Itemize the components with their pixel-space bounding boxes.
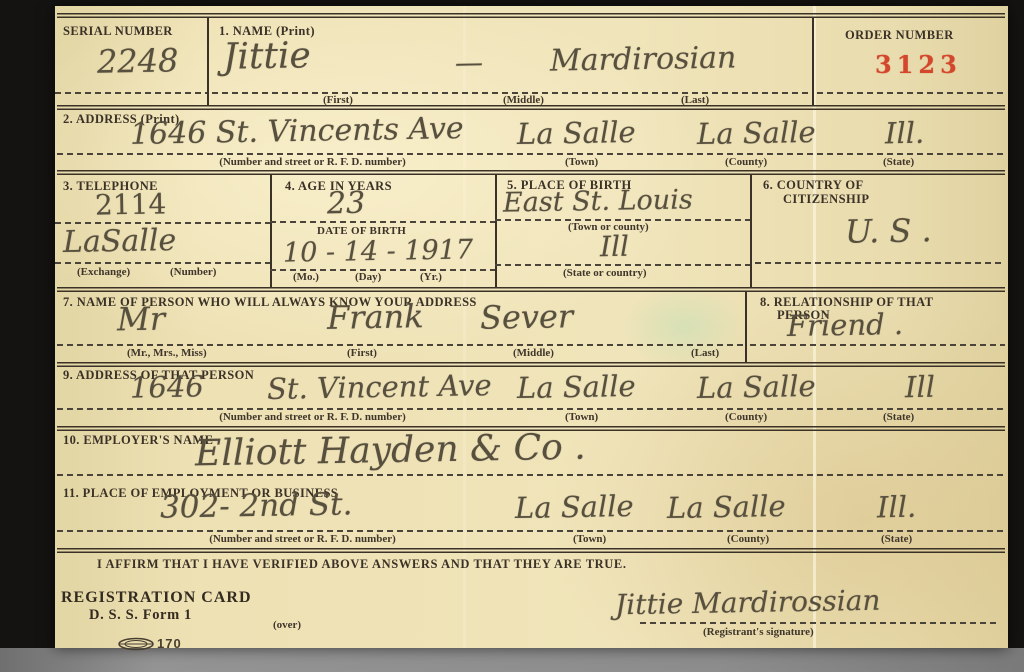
registrant-signature-value: Jittie Mardirossian bbox=[615, 584, 881, 622]
telephone-exchange-value: LaSalle bbox=[63, 223, 177, 260]
telephone-number-value: 2114 bbox=[95, 187, 167, 221]
county-hint: (County) bbox=[725, 156, 767, 168]
union-bug-icon bbox=[117, 637, 155, 651]
union-bug: 170 bbox=[117, 636, 182, 651]
section-divider bbox=[57, 362, 1005, 367]
contact-middle-value: Sever bbox=[480, 297, 574, 337]
citizenship-value: U. S . bbox=[845, 211, 932, 251]
name-last-value: Mardirosian bbox=[550, 40, 737, 78]
contact-last-hint: (Last) bbox=[691, 347, 719, 359]
dashed-writing-line bbox=[57, 344, 743, 346]
section-divider bbox=[57, 13, 1005, 18]
card-title: REGISTRATION CARD bbox=[61, 589, 252, 607]
citizenship-label-line1: 6. COUNTRY OF bbox=[763, 178, 863, 193]
day-hint: (Day) bbox=[355, 271, 381, 283]
dashed-writing-line bbox=[57, 474, 1004, 476]
name-middle-value: — bbox=[455, 46, 484, 79]
dashed-signature-line bbox=[640, 622, 1000, 624]
birth-town-value: East St. Louis bbox=[503, 184, 693, 218]
form-number: D. S. S. Form 1 bbox=[89, 607, 192, 624]
address-state-value: Ill. bbox=[885, 116, 925, 151]
state-hint: (State) bbox=[881, 533, 912, 545]
citizenship-label-line2: CITIZENSHIP bbox=[783, 192, 869, 207]
county-hint: (County) bbox=[725, 411, 767, 423]
street-hint: (Number and street or R. F. D. number) bbox=[185, 156, 440, 168]
contact-title-value: Mr bbox=[117, 300, 166, 339]
dob-value: 10 - 14 - 1917 bbox=[283, 234, 474, 268]
employment-street-value: 302- 2nd St. bbox=[160, 486, 353, 525]
dashed-writing-line bbox=[750, 344, 1005, 346]
town-hint: (Town) bbox=[573, 533, 606, 545]
county-hint: (County) bbox=[727, 533, 769, 545]
scanned-draft-card-page: SERIAL NUMBER 2248 1. NAME (Print) Jitti… bbox=[0, 0, 1024, 672]
dashed-writing-line bbox=[755, 262, 1005, 264]
state-hint: (State) bbox=[883, 156, 914, 168]
dashed-writing-line bbox=[55, 262, 270, 264]
contact-address-county-value: La Salle bbox=[697, 369, 816, 405]
section-divider bbox=[57, 287, 1005, 292]
dashed-writing-line bbox=[495, 264, 750, 266]
contact-address-state-value: Ill bbox=[905, 370, 936, 405]
order-number-value: 3123 bbox=[875, 50, 962, 79]
dashed-writing-line bbox=[57, 153, 1004, 155]
year-hint: (Yr.) bbox=[420, 271, 442, 283]
section-divider bbox=[57, 105, 1005, 110]
dashed-writing-line bbox=[817, 92, 1005, 94]
exchange-hint: (Exchange) bbox=[77, 266, 130, 278]
registration-card: SERIAL NUMBER 2248 1. NAME (Print) Jitti… bbox=[55, 6, 1008, 648]
employment-town-value: La Salle bbox=[515, 489, 634, 525]
dashed-writing-line bbox=[57, 408, 1004, 410]
contact-address-street-value: St. Vincent Ave bbox=[267, 368, 492, 406]
contact-first-hint: (First) bbox=[347, 347, 377, 359]
contact-address-town-value: La Salle bbox=[517, 369, 636, 405]
age-value: 23 bbox=[327, 186, 366, 222]
title-hint: (Mr., Mrs., Miss) bbox=[127, 347, 207, 359]
order-number-label: ORDER NUMBER bbox=[845, 28, 954, 43]
address-county-value: La Salle bbox=[697, 115, 816, 151]
affirmation-statement: I AFFIRM THAT I HAVE VERIFIED ABOVE ANSW… bbox=[97, 557, 627, 572]
cell-divider bbox=[745, 292, 747, 362]
section-divider bbox=[57, 170, 1005, 175]
serial-number-value: 2248 bbox=[97, 41, 179, 80]
birth-state-value: Ill bbox=[600, 230, 630, 264]
birth-state-hint: (State or country) bbox=[563, 267, 647, 279]
dashed-writing-line bbox=[57, 530, 1004, 532]
town-hint: (Town) bbox=[565, 411, 598, 423]
number-hint: (Number) bbox=[170, 266, 216, 278]
cell-divider bbox=[495, 175, 497, 287]
employer-label: 10. EMPLOYER'S NAME bbox=[63, 433, 213, 448]
dashed-writing-line bbox=[270, 221, 495, 223]
state-hint: (State) bbox=[883, 411, 914, 423]
cell-divider bbox=[207, 18, 209, 105]
contact-address-number-value: 1646 bbox=[130, 369, 204, 404]
name-first-value: Jittie bbox=[223, 35, 311, 78]
street-hint: (Number and street or R. F. D. number) bbox=[185, 411, 440, 423]
contact-middle-hint: (Middle) bbox=[513, 347, 554, 359]
serial-number-label: SERIAL NUMBER bbox=[63, 24, 173, 39]
employment-state-value: Ill. bbox=[877, 490, 917, 525]
signature-hint: (Registrant's signature) bbox=[703, 626, 814, 638]
relationship-value: Friend . bbox=[787, 307, 904, 343]
cell-divider bbox=[750, 175, 752, 287]
address-street-value: 1646 St. Vincents Ave bbox=[130, 111, 464, 152]
address-town-value: La Salle bbox=[517, 115, 636, 151]
cell-divider bbox=[812, 18, 814, 105]
print-shop-number: 170 bbox=[157, 636, 182, 651]
over-note: (over) bbox=[273, 619, 301, 631]
section-divider bbox=[57, 548, 1005, 553]
dashed-writing-line bbox=[55, 92, 207, 94]
employer-value: Elliott Hayden & Co . bbox=[195, 427, 586, 475]
scanner-background-strip bbox=[0, 648, 1024, 672]
month-hint: (Mo.) bbox=[293, 271, 319, 283]
contact-first-value: Frank bbox=[327, 297, 424, 337]
town-hint: (Town) bbox=[565, 156, 598, 168]
employment-county-value: La Salle bbox=[667, 489, 786, 525]
street-hint: (Number and street or R. F. D. number) bbox=[175, 533, 430, 545]
